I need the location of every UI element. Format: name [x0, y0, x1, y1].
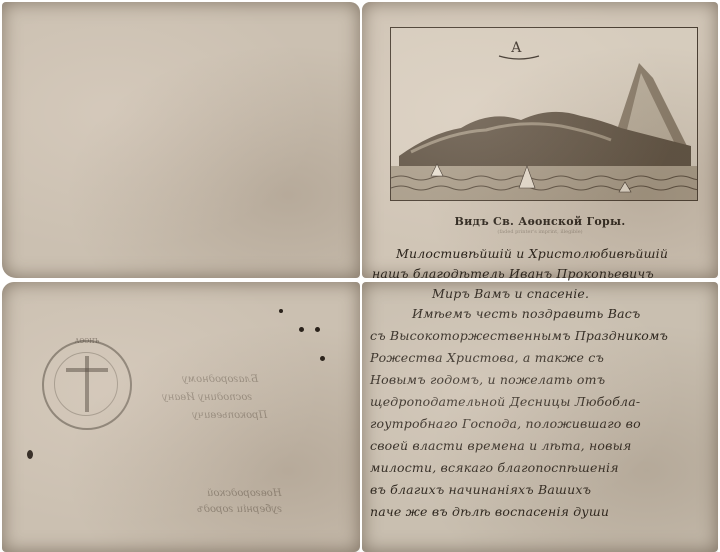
engraving-title: Видъ Св. Аѳонской Горы. [362, 215, 718, 228]
letter-line: въ благихъ начинаніяхъ Вашихъ [370, 482, 591, 497]
letter-panel-bottom-right: Миръ Вамъ и спасеніе. Имѣемъ честь поздр… [362, 282, 718, 552]
faded-address-line: господину Ивану [162, 392, 252, 403]
engraving-imprint: (faded printer's imprint, illegible) [362, 229, 718, 235]
letter-line: гоутробнаго Господа, положившаго во [370, 416, 641, 431]
stamp-text: АѲОНЪ [44, 338, 130, 345]
blank-back-panel-top-left [2, 2, 360, 278]
letter-line: съ Высокоторжественнымъ Праздникомъ [370, 328, 668, 343]
cross-icon [85, 356, 89, 412]
letter-line: Новымъ годомъ, и пожелать отъ [370, 372, 605, 387]
monastery-stamp: АѲОНЪ [42, 340, 132, 430]
mount-athos-engraving: А [390, 27, 698, 201]
letter-line: Милостивѣйшій и Христолюбивѣйшій [396, 246, 668, 261]
letter-line: Рожества Христова, а также съ [370, 350, 604, 365]
engraving-panel-top-right: А Видъ Св. Аѳонской Горы. (faded printer… [362, 2, 718, 278]
letter-line: милости, всякаго благопоспѣшенія [370, 460, 619, 475]
letter-line: Миръ Вамъ и спасеніе. [432, 286, 589, 301]
letter-line: нашъ благодѣтель Иванъ Прокопьевичъ [372, 266, 654, 281]
faded-address-line: Прокопьевичу [192, 410, 267, 421]
letter-line: Имѣемъ честь поздравить Васъ [412, 306, 640, 321]
letter-line: своей власти времена и лѣта, новыя [370, 438, 631, 453]
faded-address-line: Благородному [182, 374, 258, 385]
faded-lower-line: Новгородской [207, 488, 281, 499]
faded-lower-line: губерніи городъ [197, 504, 282, 515]
letter-line: щедроподательной Десницы Любобла- [370, 394, 640, 409]
address-panel-bottom-left: АѲОНЪ Благородному господину Ивану Проко… [2, 282, 360, 552]
monogram: А [511, 40, 522, 56]
letter-line: паче же въ дѣлѣ воспасенія души [370, 504, 609, 519]
